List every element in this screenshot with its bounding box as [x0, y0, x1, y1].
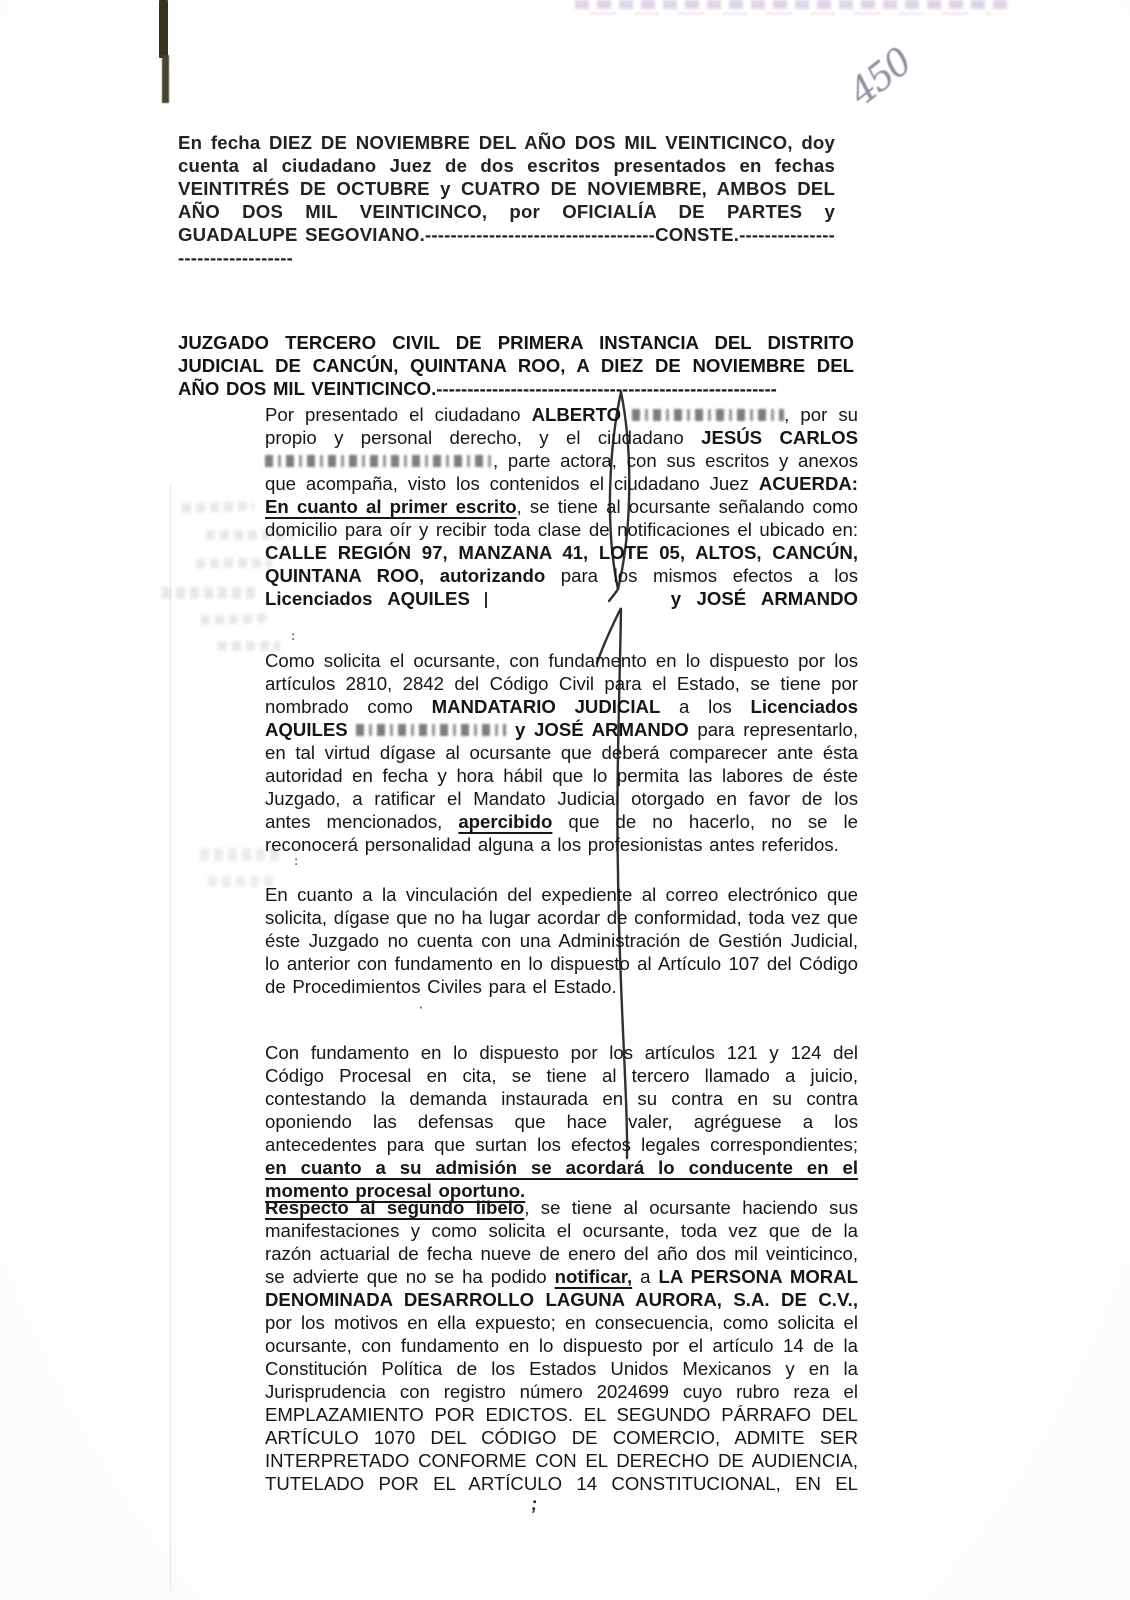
text-segment: en cuanto a su admisión se acordará lo c…	[265, 1157, 858, 1201]
ink-speck: ·	[419, 1000, 423, 1015]
paragraph-mandatario-judicial: Como solicita el ocursante, con fundamen…	[265, 649, 858, 856]
secretary-account-note: En fecha DIEZ DE NOVIEMBRE DEL AÑO DOS M…	[178, 131, 835, 269]
bleedthrough-ghost-text	[208, 876, 278, 887]
ink-speck: :	[294, 853, 298, 868]
paragraph-presentacion: Por presentado el ciudadano ALBERTO , po…	[265, 403, 858, 610]
scan-artifact-bar-lower	[162, 55, 169, 103]
bleedthrough-ghost-text	[201, 613, 271, 625]
scanner-edge-dotted-line	[170, 485, 171, 1590]
bleedthrough-ghost-text	[206, 530, 294, 540]
text-segment: a los	[660, 696, 750, 717]
text-segment: ALBERTO	[532, 404, 622, 425]
text-segment: ACUERDA:	[759, 473, 858, 494]
text-segment	[470, 588, 485, 609]
scanned-court-document-page: 450 En fecha DIEZ DE NOVIEMBRE DEL AÑO D…	[0, 0, 1130, 1600]
text-segment	[621, 404, 632, 425]
scan-artifact-bar	[159, 0, 168, 58]
bleedthrough-top-line	[575, 0, 1015, 9]
text-segment: JESÚS CARLOS	[701, 427, 858, 448]
paragraph-vinculacion-correo: En cuanto a la vinculación del expedient…	[265, 883, 858, 998]
paragraph-segundo-libelo: Respecto al segundo libelo, se tiene al …	[265, 1196, 858, 1495]
paragraph-tercero-llamado: Con fundamento en lo dispuesto por los a…	[265, 1041, 858, 1202]
bleedthrough-ghost-text	[218, 641, 280, 651]
bleedthrough-ghost-text	[162, 587, 258, 599]
text-segment: a	[632, 1266, 658, 1287]
ink-mark-bottom: ;	[529, 1494, 538, 1517]
text-segment: Licenciados AQUILES	[265, 588, 470, 609]
handwritten-page-number: 450	[841, 25, 938, 114]
text-segment: Respecto al segundo libelo	[265, 1197, 524, 1218]
text-segment: por los motivos en ella expuesto; en con…	[265, 1312, 858, 1494]
text-segment: y JOSÉ ARMANDO	[506, 719, 688, 740]
text-segment: apercibido	[458, 811, 552, 832]
redacted-name	[632, 409, 784, 421]
redacted-name	[265, 455, 493, 467]
redacted-name	[356, 724, 506, 736]
blank-redaction-gap	[485, 592, 655, 608]
ink-speck: :	[291, 628, 295, 643]
text-segment: MANDATARIO JUDICIAL	[432, 696, 661, 717]
text-segment: En cuanto al primer escrito	[265, 496, 517, 517]
text-segment: Por presentado el ciudadano	[265, 404, 532, 425]
court-heading: JUZGADO TERCERO CIVIL DE PRIMERA INSTANC…	[178, 331, 854, 400]
text-segment: y JOSÉ ARMANDO	[655, 588, 858, 609]
text-segment: para los mismos efectos a los	[545, 565, 858, 586]
text-segment: En cuanto a la vinculación del expedient…	[265, 884, 858, 997]
bleedthrough-ghost-text	[200, 848, 284, 861]
text-segment: notificar,	[555, 1266, 633, 1287]
text-segment: Con fundamento en lo dispuesto por los a…	[265, 1042, 858, 1155]
bleedthrough-ghost-text	[182, 501, 254, 514]
text-segment	[348, 719, 357, 740]
bleedthrough-ghost-text	[196, 557, 272, 568]
bleedthrough-top-line-2	[590, 12, 990, 15]
